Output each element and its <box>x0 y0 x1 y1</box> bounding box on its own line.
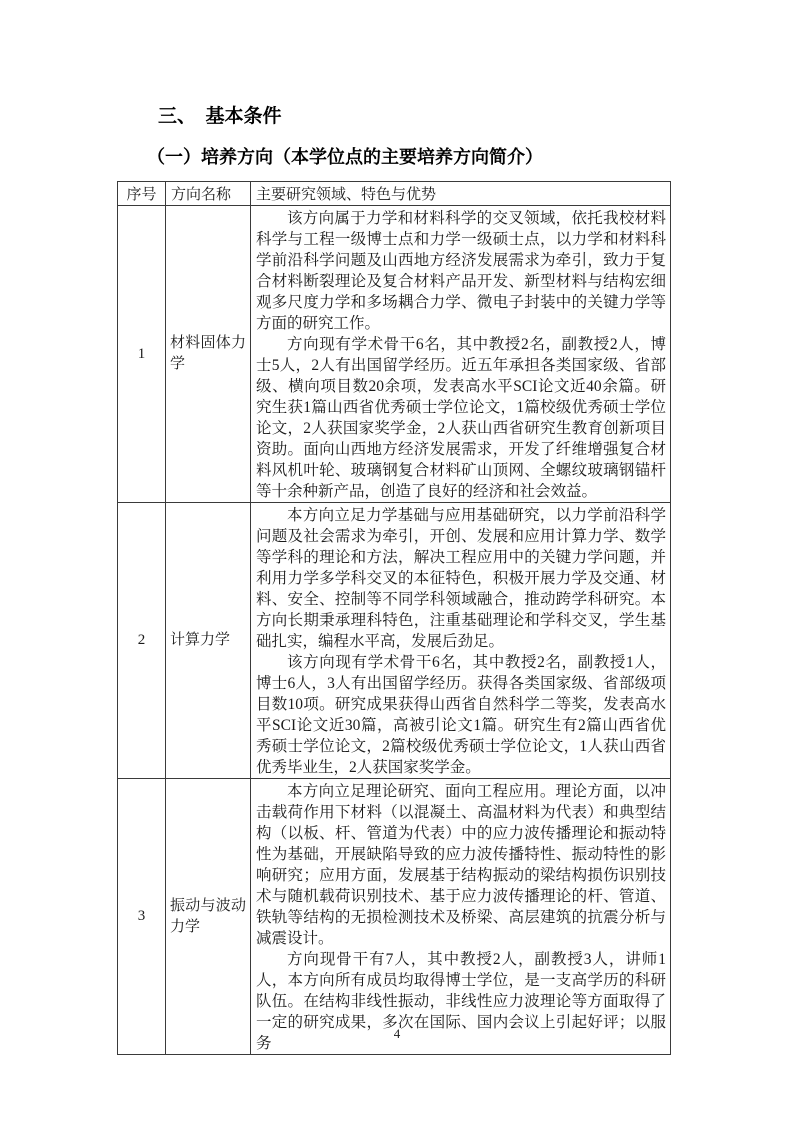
column-header-direction-name: 方向名称 <box>166 182 251 206</box>
direction-name: 振动与波动力学 <box>166 779 251 1055</box>
description-paragraph: 本方向立足力学基础与应用基础研究，以力学前沿科学问题及社会需求为牵引，开创、发展… <box>256 505 666 652</box>
table-header-row: 序号 方向名称 主要研究领域、特色与优势 <box>118 182 671 206</box>
direction-description: 本方向立足理论研究、面向工程应用。理论方面，以冲击载荷作用下材料（以混凝土、高温… <box>251 779 671 1055</box>
column-header-research-areas: 主要研究领域、特色与优势 <box>251 182 671 206</box>
direction-description: 该方向属于力学和材料科学的交叉领域，依托我校材料科学与工程一级博士点和力学一级硕… <box>251 206 671 503</box>
description-paragraph: 该方向现有学术骨干6名，其中教授2名，副教授1人，博士6人，3人有出国留学经历。… <box>256 652 666 778</box>
table-row: 1 材料固体力学 该方向属于力学和材料科学的交叉领域，依托我校材料科学与工程一级… <box>118 206 671 503</box>
page-number: 4 <box>0 1026 794 1042</box>
table-row: 3 振动与波动力学 本方向立足理论研究、面向工程应用。理论方面，以冲击载荷作用下… <box>118 779 671 1055</box>
table-row: 2 计算力学 本方向立足力学基础与应用基础研究，以力学前沿科学问题及社会需求为牵… <box>118 503 671 779</box>
training-directions-table: 序号 方向名称 主要研究领域、特色与优势 1 材料固体力学 该方向属于力学和材料… <box>117 181 671 1055</box>
description-paragraph: 本方向立足理论研究、面向工程应用。理论方面，以冲击载荷作用下材料（以混凝土、高温… <box>256 781 666 949</box>
row-index: 3 <box>118 779 166 1055</box>
document-page: 三、 基本条件 （一）培养方向（本学位点的主要培养方向简介） 序号 方向名称 主… <box>0 0 794 1123</box>
row-index: 1 <box>118 206 166 503</box>
row-index: 2 <box>118 503 166 779</box>
column-header-index: 序号 <box>118 182 166 206</box>
section-heading: 三、 基本条件 <box>158 101 282 128</box>
direction-name: 材料固体力学 <box>166 206 251 503</box>
description-paragraph: 方向现有学术骨干6名，其中教授2名，副教授2人，博士5人，2人有出国留学经历。近… <box>256 334 666 502</box>
direction-name: 计算力学 <box>166 503 251 779</box>
description-paragraph: 该方向属于力学和材料科学的交叉领域，依托我校材料科学与工程一级博士点和力学一级硕… <box>256 208 666 334</box>
subsection-heading: （一）培养方向（本学位点的主要培养方向简介） <box>147 143 543 169</box>
direction-description: 本方向立足力学基础与应用基础研究，以力学前沿科学问题及社会需求为牵引，开创、发展… <box>251 503 671 779</box>
